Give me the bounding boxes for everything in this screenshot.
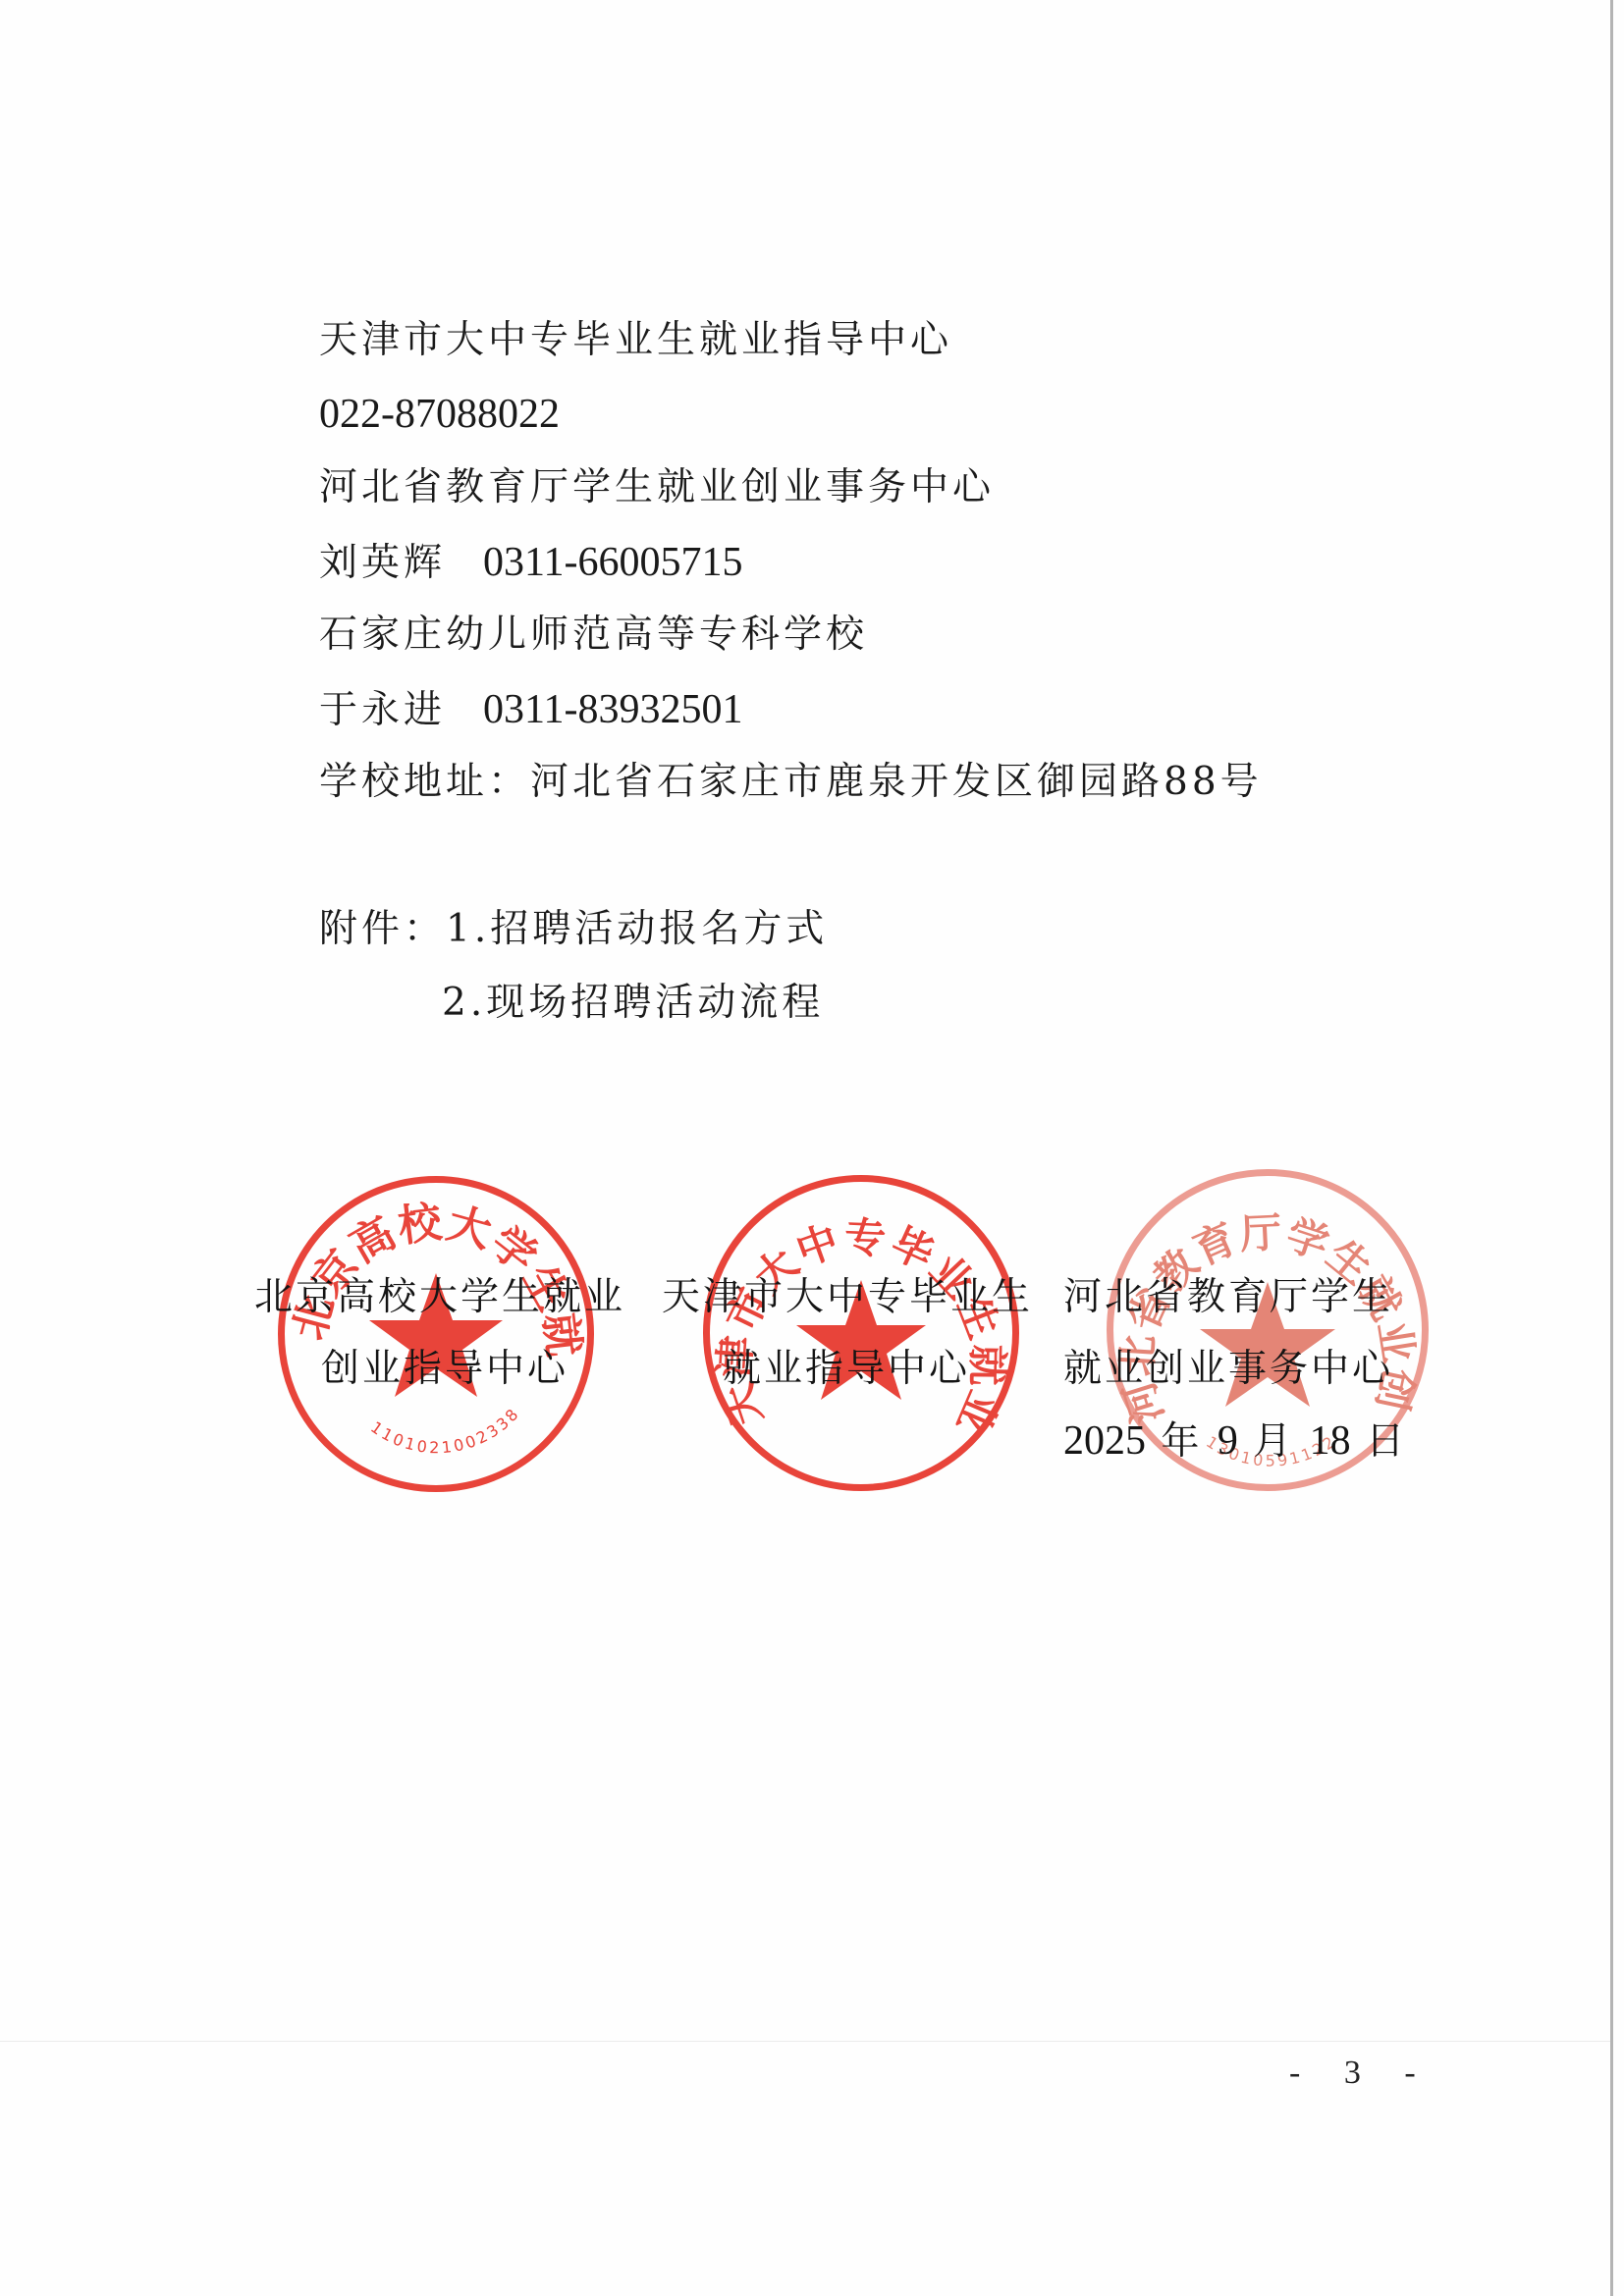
star-icon: 天津市大中专毕业生就业指导中心 — [710, 1182, 1012, 1484]
tianjin-phone: 022-87088022 — [319, 394, 560, 435]
signature-tianjin-line1: 天津市大中专毕业生 — [662, 1278, 1033, 1316]
signature-tianjin-line2: 就业指导中心 — [723, 1350, 970, 1388]
hebei-contact-phone: 0311-66005715 — [483, 540, 742, 585]
school-address-label: 学校地址： — [319, 760, 530, 804]
school-address-value: 河北省石家庄市鹿泉开发区御园路88号 — [530, 760, 1263, 804]
signature-hebei-line1: 河北省教育厅学生 — [1063, 1278, 1393, 1316]
page-number: - 3 - — [1289, 2055, 1434, 2092]
date-day: 18 — [1310, 1418, 1351, 1464]
beijing-official-seal: 北京高校大学生就业创业指导中心 1101021002338 4 — [278, 1176, 594, 1492]
attachments-label: 附件： — [319, 907, 446, 951]
date-day-unit: 日 — [1366, 1419, 1407, 1464]
attachment-item-2: 2.现场招聘活动流程 — [442, 984, 824, 1022]
hebei-org-name: 河北省教育厅学生就业创业事务中心 — [319, 468, 995, 507]
star-icon: 北京高校大学生就业创业指导中心 1101021002338 4 — [285, 1183, 587, 1485]
footer-divider — [0, 2041, 1610, 2042]
attachments-first: 附件：1.招聘活动报名方式 — [319, 910, 828, 948]
school-contact-phone: 0311-83932501 — [483, 687, 742, 732]
date-month-unit: 月 — [1253, 1419, 1294, 1464]
signature-beijing-line2: 创业指导中心 — [321, 1350, 568, 1388]
school-name: 石家庄幼儿师范高等专科学校 — [319, 615, 868, 654]
hebei-contact-name: 刘英辉 — [319, 541, 446, 585]
tianjin-org-name: 天津市大中专毕业生就业指导中心 — [319, 321, 952, 359]
school-contact-name: 于永进 — [319, 688, 446, 732]
tianjin-official-seal: 天津市大中专毕业生就业指导中心 — [703, 1175, 1019, 1491]
attachment-item-1: 1.招聘活动报名方式 — [446, 907, 828, 951]
document-page: 天津市大中专毕业生就业指导中心 022-87088022 河北省教育厅学生就业创… — [0, 0, 1624, 2296]
hebei-contact: 刘英辉0311-66005715 — [319, 542, 742, 583]
date-year: 2025 — [1063, 1418, 1146, 1464]
signature-date: 2025 年 9 月 18 日 — [1063, 1420, 1407, 1462]
date-year-unit: 年 — [1161, 1419, 1202, 1464]
page-edge-line — [1610, 0, 1613, 2296]
signature-hebei-line2: 就业创业事务中心 — [1063, 1350, 1393, 1388]
school-address: 学校地址：河北省石家庄市鹿泉开发区御园路88号 — [319, 763, 1263, 801]
school-contact: 于永进0311-83932501 — [319, 689, 742, 730]
date-month: 9 — [1218, 1418, 1238, 1464]
signature-beijing-line1: 北京高校大学生就业 — [254, 1278, 625, 1316]
